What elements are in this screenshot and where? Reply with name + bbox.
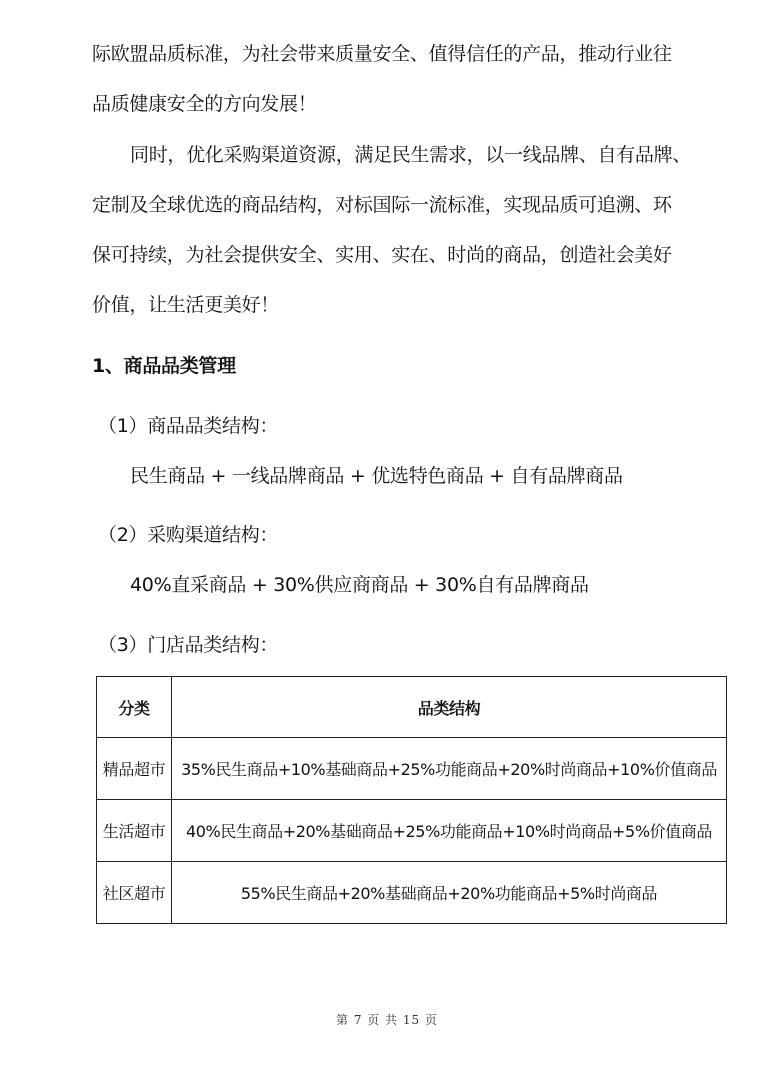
table-row: 生活超市 40%民生商品+20%基础商品+25%功能商品+10%时尚商品+5%价…: [97, 800, 727, 862]
subsection-label: （2）采购渠道结构：: [98, 523, 278, 547]
table-header-cell: 分类: [97, 677, 172, 738]
table-header-cell: 品类结构: [172, 677, 727, 738]
section-heading: 1、商品品类管理: [92, 354, 236, 378]
table-cell: 精品超市: [97, 738, 172, 800]
paragraph-line: 价值，让生活更美好！: [92, 293, 279, 317]
table-cell: 35%民生商品+10%基础商品+25%功能商品+20%时尚商品+10%价值商品: [172, 738, 727, 800]
paragraph-line: 定制及全球优选的商品结构，对标国际一流标准，实现品质可追溯、环: [92, 193, 672, 217]
table-header-row: 分类 品类结构: [97, 677, 727, 738]
category-table: 分类 品类结构 精品超市 35%民生商品+10%基础商品+25%功能商品+20%…: [96, 676, 727, 924]
paragraph-line: 品质健康安全的方向发展！: [92, 92, 316, 116]
subsection-label: （3）门店品类结构：: [98, 633, 278, 657]
page-number: 第 7 页 共 15 页: [0, 1011, 774, 1028]
subsection-label: （1）商品品类结构：: [98, 414, 278, 438]
paragraph-line: 际欧盟品质标准，为社会带来质量安全、值得信任的产品，推动行业往: [92, 42, 672, 66]
table-cell: 生活超市: [97, 800, 172, 862]
document-page: 际欧盟品质标准，为社会带来质量安全、值得信任的产品，推动行业往 品质健康安全的方…: [0, 0, 774, 1070]
formula-text: 40%直采商品 + 30%供应商商品 + 30%自有品牌商品: [130, 573, 589, 597]
table-cell: 40%民生商品+20%基础商品+25%功能商品+10%时尚商品+5%价值商品: [172, 800, 727, 862]
paragraph-line: 保可持续，为社会提供安全、实用、实在、时尚的商品，创造社会美好: [92, 243, 672, 267]
table-row: 精品超市 35%民生商品+10%基础商品+25%功能商品+20%时尚商品+10%…: [97, 738, 727, 800]
table-cell: 55%民生商品+20%基础商品+20%功能商品+5%时尚商品: [172, 862, 727, 924]
formula-text: 民生商品 + 一线品牌商品 + 优选特色商品 + 自有品牌商品: [130, 464, 623, 488]
table-cell: 社区超市: [97, 862, 172, 924]
paragraph-line: 同时，优化采购渠道资源，满足民生需求，以一线品牌、自有品牌、: [130, 143, 691, 167]
table-row: 社区超市 55%民生商品+20%基础商品+20%功能商品+5%时尚商品: [97, 862, 727, 924]
